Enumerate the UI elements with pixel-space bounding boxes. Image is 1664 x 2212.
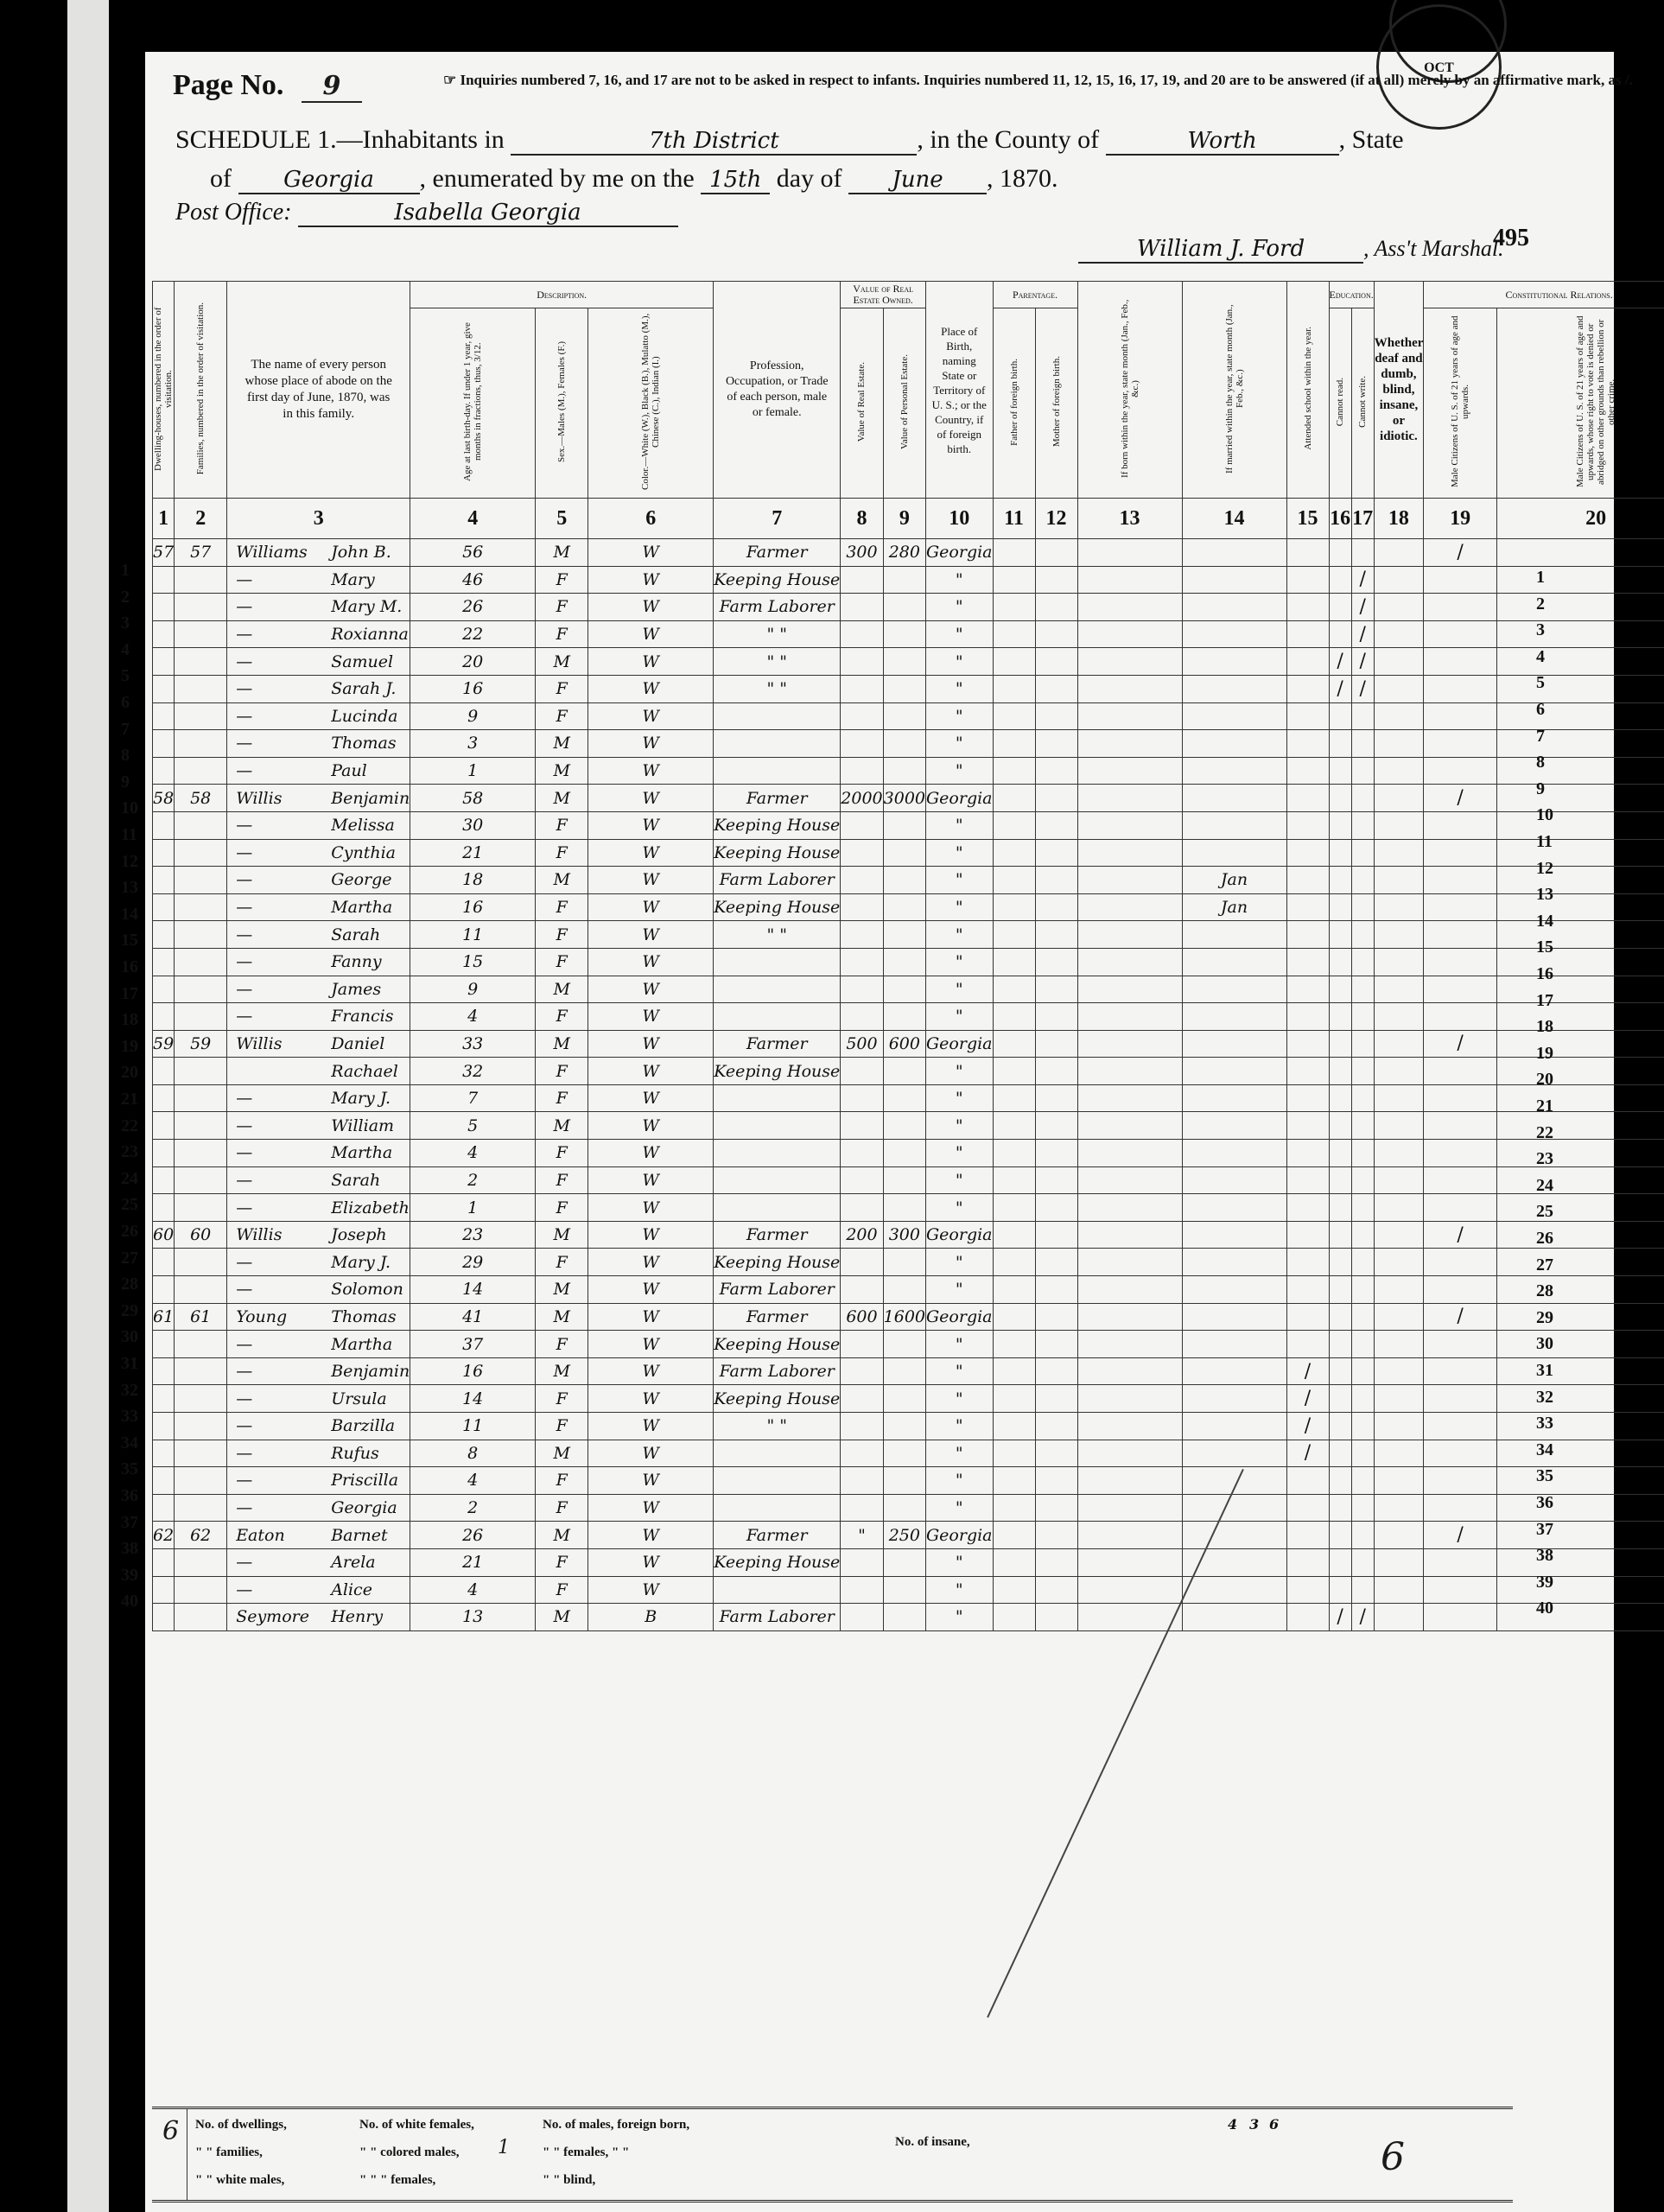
cell-c20 <box>1497 730 1664 758</box>
cell-c11 <box>993 1522 1035 1549</box>
cell-dwelling <box>153 1058 175 1085</box>
cell-c18 <box>1374 702 1423 730</box>
line-number: 13 <box>121 878 138 898</box>
cell-personal <box>883 867 925 894</box>
cell-c15 <box>1286 1249 1329 1276</box>
person-name: —Sarah <box>227 921 410 949</box>
cell-c13 <box>1077 1357 1182 1385</box>
table-row: —Barzilla11FW" ""/ <box>153 1413 1664 1440</box>
cell-family <box>175 1166 227 1194</box>
table-row: —Sarah J.16FW" ""// <box>153 675 1664 702</box>
cell-birthplace: " <box>926 1494 994 1522</box>
cell-c14 <box>1182 620 1286 648</box>
cell-c17 <box>1351 893 1374 921</box>
line-number: 23 <box>1536 1149 1553 1169</box>
given-name: Fanny <box>331 952 381 971</box>
cell-birthplace: " <box>926 730 994 758</box>
cell-c14 <box>1182 1494 1286 1522</box>
cell-c13 <box>1077 1166 1182 1194</box>
cell-c20 <box>1497 839 1664 867</box>
given-name: Francis <box>331 1007 393 1026</box>
cell-c13 <box>1077 594 1182 621</box>
line-number: 16 <box>1536 964 1553 984</box>
cell-c11 <box>993 1467 1035 1495</box>
cell-personal: 280 <box>883 539 925 567</box>
cell-c12 <box>1035 1166 1077 1194</box>
cell-occupation <box>714 1467 841 1495</box>
cell-sex: F <box>536 1576 588 1604</box>
page-summary: 6 No. of dwellings, " " families, " " wh… <box>152 2107 1513 2202</box>
table-row: —Martha16FWKeeping House"Jan <box>153 893 1664 921</box>
cell-age: 22 <box>410 620 536 648</box>
cell-color: W <box>588 1522 714 1549</box>
cell-dwelling: 57 <box>153 539 175 567</box>
cell-dwelling: 59 <box>153 1030 175 1058</box>
cell-c14 <box>1182 1249 1286 1276</box>
cell-sex: F <box>536 566 588 594</box>
cell-c14 <box>1182 1357 1286 1385</box>
line-number: 6 <box>1536 700 1545 720</box>
cell-c20 <box>1497 1058 1664 1085</box>
line-number: 19 <box>121 1037 138 1057</box>
cell-sex: F <box>536 1084 588 1112</box>
cell-sex: F <box>536 1467 588 1495</box>
cell-family <box>175 702 227 730</box>
surname: — <box>236 625 331 644</box>
cell-age: 14 <box>410 1385 536 1413</box>
line-number: 22 <box>1536 1123 1553 1143</box>
cell-color: W <box>588 1385 714 1413</box>
cell-c19 <box>1424 648 1497 676</box>
cell-c20 <box>1497 1548 1664 1576</box>
cell-occupation: Farm Laborer <box>714 1604 841 1631</box>
cell-family: 59 <box>175 1030 227 1058</box>
cell-color: W <box>588 648 714 676</box>
cell-c11 <box>993 702 1035 730</box>
cell-dwelling <box>153 730 175 758</box>
cell-real <box>841 675 883 702</box>
given-name: Henry <box>331 1607 383 1626</box>
cell-c16 <box>1329 1331 1351 1358</box>
cell-c11 <box>993 594 1035 621</box>
given-name: Melissa <box>331 816 395 835</box>
cell-sex: F <box>536 1194 588 1222</box>
cell-age: 7 <box>410 1084 536 1112</box>
cell-c18 <box>1374 1030 1423 1058</box>
cell-c19 <box>1424 1112 1497 1140</box>
cell-c14 <box>1182 539 1286 567</box>
cell-personal <box>883 1548 925 1576</box>
surname: Young <box>236 1307 331 1326</box>
cell-age: 29 <box>410 1249 536 1276</box>
cell-c15 <box>1286 1221 1329 1249</box>
cell-color: W <box>588 893 714 921</box>
cell-occupation <box>714 1194 841 1222</box>
cell-c18 <box>1374 757 1423 785</box>
table-row: —Cynthia21FWKeeping House" <box>153 839 1664 867</box>
cell-c20 <box>1497 1413 1664 1440</box>
table-row: —Martha37FWKeeping House" <box>153 1331 1664 1358</box>
cell-c20 <box>1497 702 1664 730</box>
cell-personal <box>883 1331 925 1358</box>
cell-c18 <box>1374 1221 1423 1249</box>
cell-c12 <box>1035 1303 1077 1331</box>
schedule-line: SCHEDULE 1.—Inhabitants in 7th District,… <box>175 125 1404 156</box>
cell-c17: / <box>1351 648 1374 676</box>
cell-c17 <box>1351 1440 1374 1467</box>
cell-sex: F <box>536 1548 588 1576</box>
surname: — <box>236 925 331 944</box>
cell-c12 <box>1035 730 1077 758</box>
cell-c17 <box>1351 1522 1374 1549</box>
cell-age: 20 <box>410 648 536 676</box>
cell-c19: / <box>1424 539 1497 567</box>
marshal-signature: William J. Ford <box>1078 236 1363 264</box>
cell-age: 37 <box>410 1331 536 1358</box>
cell-c14 <box>1182 1440 1286 1467</box>
cell-occupation: Farm Laborer <box>714 1357 841 1385</box>
person-name: —Ursula <box>227 1385 410 1413</box>
table-row: —Arela21FWKeeping House" <box>153 1548 1664 1576</box>
line-number: 35 <box>1536 1466 1553 1486</box>
cell-real <box>841 1194 883 1222</box>
cell-dwelling <box>153 566 175 594</box>
table-row: —Alice4FW" <box>153 1576 1664 1604</box>
table-row: SeymoreHenry13MBFarm Laborer"// <box>153 1604 1664 1631</box>
cell-c15 <box>1286 675 1329 702</box>
line-number: 35 <box>121 1459 138 1479</box>
cell-c19 <box>1424 1413 1497 1440</box>
cell-c17 <box>1351 1331 1374 1358</box>
given-name: Benjamin <box>331 789 410 808</box>
cell-occupation <box>714 1140 841 1167</box>
table-row: —Martha4FW" <box>153 1140 1664 1167</box>
cell-c16 <box>1329 893 1351 921</box>
cell-family <box>175 1357 227 1385</box>
cell-c19 <box>1424 1357 1497 1385</box>
cell-c13 <box>1077 648 1182 676</box>
cell-c15: / <box>1286 1357 1329 1385</box>
cell-dwelling <box>153 1249 175 1276</box>
line-number: 31 <box>1536 1361 1553 1381</box>
cell-family <box>175 730 227 758</box>
table-row: —Benjamin16MWFarm Laborer"/ <box>153 1357 1664 1385</box>
cell-family <box>175 976 227 1003</box>
table-row: —Mary46FWKeeping House"/ <box>153 566 1664 594</box>
line-number: 28 <box>121 1274 138 1294</box>
cell-c11 <box>993 1303 1035 1331</box>
cell-dwelling <box>153 948 175 976</box>
cell-c14: Jan <box>1182 893 1286 921</box>
cell-c15 <box>1286 702 1329 730</box>
cell-personal <box>883 1276 925 1304</box>
line-number: 7 <box>1536 727 1545 747</box>
line-number: 38 <box>1536 1546 1553 1566</box>
cell-c18 <box>1374 1112 1423 1140</box>
given-name: Mary <box>331 570 375 589</box>
cell-personal <box>883 1576 925 1604</box>
cell-occupation: Farmer <box>714 785 841 812</box>
column-number-row: 123 456 789 101112 131415 161718 1920 <box>153 499 1664 539</box>
line-number: 33 <box>121 1407 138 1427</box>
cell-occupation: Farm Laborer <box>714 594 841 621</box>
enumeration-line: of Georgia, enumerated by me on the 15th… <box>210 164 1058 194</box>
cell-color: W <box>588 1576 714 1604</box>
given-name: William <box>331 1116 394 1135</box>
cell-c15 <box>1286 785 1329 812</box>
cell-c18 <box>1374 1058 1423 1085</box>
cell-age: 33 <box>410 1030 536 1058</box>
line-number: 37 <box>121 1513 138 1533</box>
cell-family <box>175 1440 227 1467</box>
cell-birthplace: " <box>926 1331 994 1358</box>
cell-dwelling: 61 <box>153 1303 175 1331</box>
cell-c11 <box>993 867 1035 894</box>
cell-c11 <box>993 1112 1035 1140</box>
cell-personal <box>883 948 925 976</box>
col-header-8: Value of Real Estate. <box>841 308 883 499</box>
cell-c18 <box>1374 1249 1423 1276</box>
cell-dwelling <box>153 1548 175 1576</box>
cell-c18 <box>1374 1522 1423 1549</box>
cell-personal <box>883 1112 925 1140</box>
line-number: 15 <box>1536 938 1553 957</box>
cell-age: 4 <box>410 1140 536 1167</box>
cell-c12 <box>1035 1249 1077 1276</box>
cell-c19 <box>1424 893 1497 921</box>
table-row: —Mary J.29FWKeeping House" <box>153 1249 1664 1276</box>
cell-age: 9 <box>410 702 536 730</box>
cell-dwelling <box>153 675 175 702</box>
cell-color: W <box>588 675 714 702</box>
surname: — <box>236 1116 331 1135</box>
cell-real <box>841 757 883 785</box>
table-row: —Francis4FW" <box>153 1003 1664 1031</box>
given-name: Rufus <box>331 1444 379 1463</box>
line-number: 18 <box>121 1010 138 1030</box>
cell-c20 <box>1497 566 1664 594</box>
given-name: Cynthia <box>331 843 396 862</box>
line-number: 7 <box>121 720 130 740</box>
given-name: Thomas <box>331 1307 396 1326</box>
cell-c11 <box>993 976 1035 1003</box>
cell-c13 <box>1077 1576 1182 1604</box>
given-name: Mary J. <box>331 1089 391 1108</box>
cell-dwelling: 62 <box>153 1522 175 1549</box>
cell-personal: 1600 <box>883 1303 925 1331</box>
cell-age: 5 <box>410 1112 536 1140</box>
cell-age: 1 <box>410 1194 536 1222</box>
person-name: YoungThomas <box>227 1303 410 1331</box>
cell-c17 <box>1351 839 1374 867</box>
cell-c19 <box>1424 948 1497 976</box>
cell-sex: M <box>536 757 588 785</box>
cell-c20 <box>1497 1604 1664 1631</box>
table-row: 6060WillisJoseph23MWFarmer200300Georgia/ <box>153 1221 1664 1249</box>
cell-c12 <box>1035 867 1077 894</box>
person-name: —George <box>227 867 410 894</box>
cell-age: 8 <box>410 1440 536 1467</box>
cell-family: 60 <box>175 1221 227 1249</box>
cell-c12 <box>1035 1112 1077 1140</box>
cell-sex: M <box>536 785 588 812</box>
table-row: —Georgia2FW" <box>153 1494 1664 1522</box>
cell-c14 <box>1182 594 1286 621</box>
line-number: 1 <box>121 561 130 581</box>
surname: — <box>236 1253 331 1272</box>
line-number: 34 <box>1536 1440 1553 1460</box>
cell-sex: M <box>536 648 588 676</box>
cell-c17 <box>1351 1467 1374 1495</box>
cell-c18 <box>1374 1166 1423 1194</box>
cell-c18 <box>1374 1604 1423 1631</box>
cell-c19 <box>1424 976 1497 1003</box>
cell-c19 <box>1424 1084 1497 1112</box>
cell-family <box>175 1331 227 1358</box>
person-name: WillisDaniel <box>227 1030 410 1058</box>
cell-color: W <box>588 1084 714 1112</box>
person-name: —Martha <box>227 893 410 921</box>
cell-dwelling <box>153 1331 175 1358</box>
cell-c11 <box>993 1604 1035 1631</box>
cell-color: W <box>588 1357 714 1385</box>
person-name: —Alice <box>227 1576 410 1604</box>
cell-dwelling <box>153 1276 175 1304</box>
cell-c13 <box>1077 620 1182 648</box>
cell-c16: / <box>1329 1604 1351 1631</box>
surname: Willis <box>236 1034 331 1053</box>
cell-sex: M <box>536 1604 588 1631</box>
line-number: 31 <box>121 1354 138 1374</box>
cell-c18 <box>1374 1467 1423 1495</box>
cell-birthplace: " <box>926 1385 994 1413</box>
cell-c14 <box>1182 1385 1286 1413</box>
cell-dwelling <box>153 811 175 839</box>
col-header-3: The name of every person whose place of … <box>227 282 410 499</box>
cell-c16 <box>1329 1467 1351 1495</box>
cell-occupation <box>714 1112 841 1140</box>
cell-family <box>175 1467 227 1495</box>
table-row: —Roxianna22FW" ""/ <box>153 620 1664 648</box>
cell-personal <box>883 702 925 730</box>
cell-dwelling <box>153 921 175 949</box>
line-number: 24 <box>1536 1176 1553 1196</box>
cell-personal <box>883 1140 925 1167</box>
cell-c17 <box>1351 757 1374 785</box>
cell-c19 <box>1424 730 1497 758</box>
cell-c20 <box>1497 811 1664 839</box>
surname: — <box>236 1335 331 1354</box>
cell-real: " <box>841 1522 883 1549</box>
cell-c13 <box>1077 1522 1182 1549</box>
cell-c12 <box>1035 1548 1077 1576</box>
cell-occupation <box>714 948 841 976</box>
cell-color: W <box>588 1440 714 1467</box>
cell-age: 46 <box>410 566 536 594</box>
cell-c16 <box>1329 1166 1351 1194</box>
table-row: —William5MW" <box>153 1112 1664 1140</box>
cell-family <box>175 1194 227 1222</box>
cell-family: 58 <box>175 785 227 812</box>
cell-c18 <box>1374 1548 1423 1576</box>
cell-c12 <box>1035 1140 1077 1167</box>
cell-sex: F <box>536 1003 588 1031</box>
group-value-estate: Value of Real Estate Owned. <box>841 282 926 308</box>
cell-sex: M <box>536 1440 588 1467</box>
cell-c18 <box>1374 648 1423 676</box>
cell-c13 <box>1077 1003 1182 1031</box>
cell-c14 <box>1182 675 1286 702</box>
cell-color: W <box>588 730 714 758</box>
cell-c12 <box>1035 811 1077 839</box>
person-name: —Sarah <box>227 1166 410 1194</box>
cell-c14 <box>1182 566 1286 594</box>
cell-c13 <box>1077 785 1182 812</box>
cell-c16 <box>1329 1140 1351 1167</box>
cell-c19 <box>1424 867 1497 894</box>
cell-c20 <box>1497 675 1664 702</box>
surname: — <box>236 1362 331 1381</box>
cell-occupation: Keeping House <box>714 811 841 839</box>
line-number: 39 <box>1536 1573 1553 1592</box>
cell-dwelling <box>153 839 175 867</box>
cell-color: W <box>588 785 714 812</box>
cell-c13 <box>1077 1058 1182 1085</box>
col15-total: 4 <box>1228 2116 1237 2133</box>
cell-real <box>841 839 883 867</box>
cell-c20 <box>1497 620 1664 648</box>
col-header-15: Attended school within the year. <box>1286 282 1329 499</box>
person-name: —Benjamin <box>227 1357 410 1385</box>
cell-c11 <box>993 566 1035 594</box>
cell-sex: F <box>536 921 588 949</box>
given-name: Alice <box>331 1580 372 1599</box>
cell-c15 <box>1286 1276 1329 1304</box>
line-number: 32 <box>1536 1388 1553 1408</box>
cell-c12 <box>1035 1194 1077 1222</box>
month-field: June <box>848 167 987 194</box>
cell-sex: F <box>536 1494 588 1522</box>
cell-c18 <box>1374 1440 1423 1467</box>
cell-c16 <box>1329 867 1351 894</box>
cell-birthplace: " <box>926 1003 994 1031</box>
given-name: Barzilla <box>331 1416 395 1435</box>
cell-color: W <box>588 1303 714 1331</box>
person-name: —Thomas <box>227 730 410 758</box>
cell-c16 <box>1329 921 1351 949</box>
cell-family <box>175 1249 227 1276</box>
cell-real <box>841 1467 883 1495</box>
cell-family <box>175 1548 227 1576</box>
cell-c11 <box>993 675 1035 702</box>
cell-c19: / <box>1424 1221 1497 1249</box>
cell-c15 <box>1286 1003 1329 1031</box>
col-header-17: Cannot write. <box>1351 308 1374 499</box>
cell-color: W <box>588 1548 714 1576</box>
cell-age: 26 <box>410 1522 536 1549</box>
cell-real <box>841 1058 883 1085</box>
cell-c12 <box>1035 1522 1077 1549</box>
surname: — <box>236 570 331 589</box>
person-name: —Roxianna <box>227 620 410 648</box>
cell-family <box>175 1385 227 1413</box>
cell-c12 <box>1035 648 1077 676</box>
cell-dwelling <box>153 1385 175 1413</box>
cell-c16 <box>1329 1440 1351 1467</box>
person-name: —Elizabeth <box>227 1194 410 1222</box>
cell-age: 41 <box>410 1303 536 1331</box>
cell-c19: / <box>1424 1303 1497 1331</box>
